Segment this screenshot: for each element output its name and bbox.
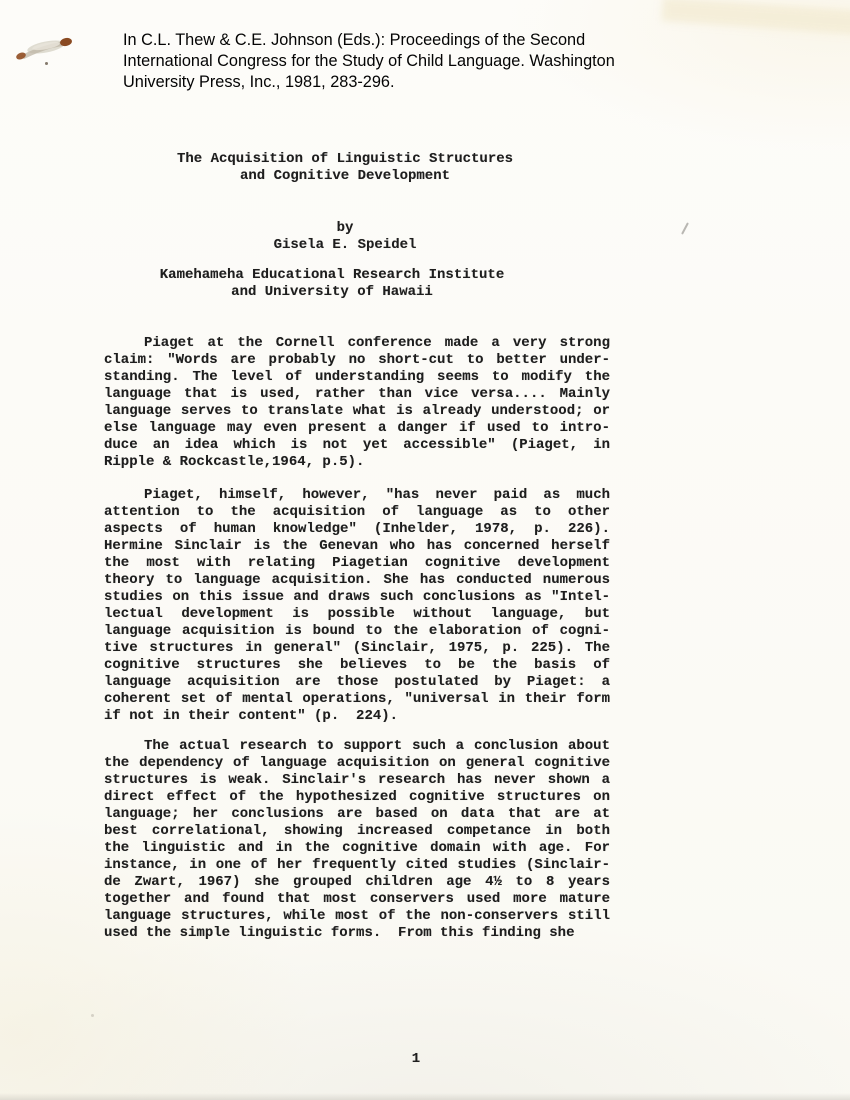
citation-header: In C.L. Thew & C.E. Johnson (Eds.): Proc… bbox=[123, 30, 647, 93]
scanned-paper-page: In C.L. Thew & C.E. Johnson (Eds.): Proc… bbox=[0, 0, 850, 1100]
text-line: standing. The level of understanding see… bbox=[104, 369, 610, 386]
paper-speck bbox=[91, 1014, 94, 1017]
text-line: language; her conclusions are based on d… bbox=[104, 806, 610, 823]
text-line: best correlational, showing increased co… bbox=[104, 823, 610, 840]
paper-title: The Acquisition of Linguistic Structures… bbox=[92, 151, 598, 185]
text-line: the linguistic and in the cognitive doma… bbox=[104, 840, 610, 857]
ink-smudge-mark bbox=[12, 32, 78, 66]
text-line: aspects of human knowledge" (Inhelder, 1… bbox=[104, 521, 610, 538]
body-paragraph-1: Piaget at the Cornell conference made a … bbox=[104, 335, 610, 471]
text-line: used the simple linguistic forms. From t… bbox=[104, 925, 610, 942]
text-line: In C.L. Thew & C.E. Johnson (Eds.): Proc… bbox=[123, 30, 647, 51]
body-paragraph-3: The actual research to support such a co… bbox=[104, 738, 610, 942]
text-line: attention to the acquisition of language… bbox=[104, 504, 610, 521]
text-line: and Cognitive Development bbox=[92, 168, 598, 185]
text-line: and University of Hawaii bbox=[79, 284, 585, 301]
text-line: instance, in one of her frequently cited… bbox=[104, 857, 610, 874]
text-line: cognitive structures she believes to be … bbox=[104, 657, 610, 674]
text-line: The actual research to support such a co… bbox=[104, 738, 610, 755]
text-line: language acquisition is bound to the ela… bbox=[104, 623, 610, 640]
text-line: language that is used, rather than vice … bbox=[104, 386, 610, 403]
page-number: 1 bbox=[105, 1051, 727, 1068]
text-line: Kamehameha Educational Research Institut… bbox=[79, 267, 585, 284]
page-bottom-shadow bbox=[0, 1093, 850, 1100]
text-line: de Zwart, 1967) she grouped children age… bbox=[104, 874, 610, 891]
text-line: structures is weak. Sinclair's research … bbox=[104, 772, 610, 789]
text-line: The Acquisition of Linguistic Structures bbox=[92, 151, 598, 168]
text-line: theory to language acquisition. She has … bbox=[104, 572, 610, 589]
text-line: else language may even present a danger … bbox=[104, 420, 610, 437]
text-line: Piaget, himself, however, "has never pai… bbox=[104, 487, 610, 504]
text-line: claim: "Words are probably no short-cut … bbox=[104, 352, 610, 369]
text-line: together and found that most conservers … bbox=[104, 891, 610, 908]
text-line: University Press, Inc., 1981, 283-296. bbox=[123, 72, 647, 93]
author-byline: byGisela E. Speidel bbox=[92, 220, 598, 254]
text-line: duce an idea which is not yet accessible… bbox=[104, 437, 610, 454]
text-line: language serves to translate what is alr… bbox=[104, 403, 610, 420]
text-line: International Congress for the Study of … bbox=[123, 51, 647, 72]
text-line: Gisela E. Speidel bbox=[92, 237, 598, 254]
text-line: if not in their content" (p. 224). bbox=[104, 708, 610, 725]
text-line: by bbox=[92, 220, 598, 237]
text-line: the dependency of language acquisition o… bbox=[104, 755, 610, 772]
text-line: Ripple & Rockcastle,1964, p.5). bbox=[104, 454, 610, 471]
ink-smudge-graphic bbox=[12, 32, 78, 66]
text-line: the most with relating Piagetian cogniti… bbox=[104, 555, 610, 572]
text-line: Hermine Sinclair is the Genevan who has … bbox=[104, 538, 610, 555]
faint-scratch-mark bbox=[681, 222, 689, 234]
text-line: studies on this issue and draws such con… bbox=[104, 589, 610, 606]
text-line: language acquisition are those postulate… bbox=[104, 674, 610, 691]
text-line: Piaget at the Cornell conference made a … bbox=[104, 335, 610, 352]
text-line: direct effect of the hypothesized cognit… bbox=[104, 789, 610, 806]
text-line: lectual development is possible without … bbox=[104, 606, 610, 623]
text-line: tive structures in general" (Sinclair, 1… bbox=[104, 640, 610, 657]
text-line: language structures, while most of the n… bbox=[104, 908, 610, 925]
author-affiliation: Kamehameha Educational Research Institut… bbox=[79, 267, 585, 301]
page-edge-tint bbox=[661, 0, 850, 35]
paper-speck bbox=[45, 62, 48, 65]
body-paragraph-2: Piaget, himself, however, "has never pai… bbox=[104, 487, 610, 725]
text-line: coherent set of mental operations, "univ… bbox=[104, 691, 610, 708]
